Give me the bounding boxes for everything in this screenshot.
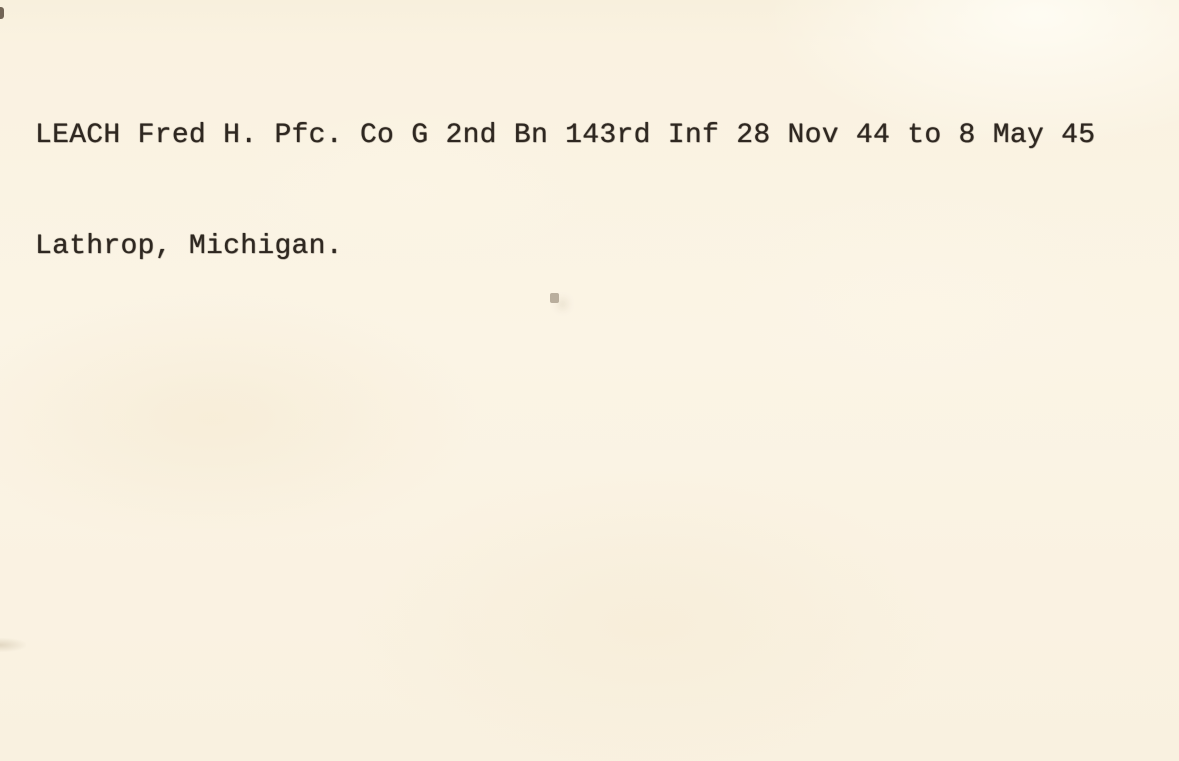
hometown-line: Lathrop, Michigan. — [35, 228, 1095, 265]
edge-ink-mark — [0, 7, 4, 19]
typed-text-block: LEACH Fred H. Pfc. Co G 2nd Bn 143rd Inf… — [35, 43, 1095, 339]
paper-smudge — [0, 638, 26, 652]
paper-speck — [550, 293, 559, 303]
scanned-index-card: LEACH Fred H. Pfc. Co G 2nd Bn 143rd Inf… — [0, 0, 1179, 761]
service-record-line: LEACH Fred H. Pfc. Co G 2nd Bn 143rd Inf… — [35, 117, 1095, 154]
